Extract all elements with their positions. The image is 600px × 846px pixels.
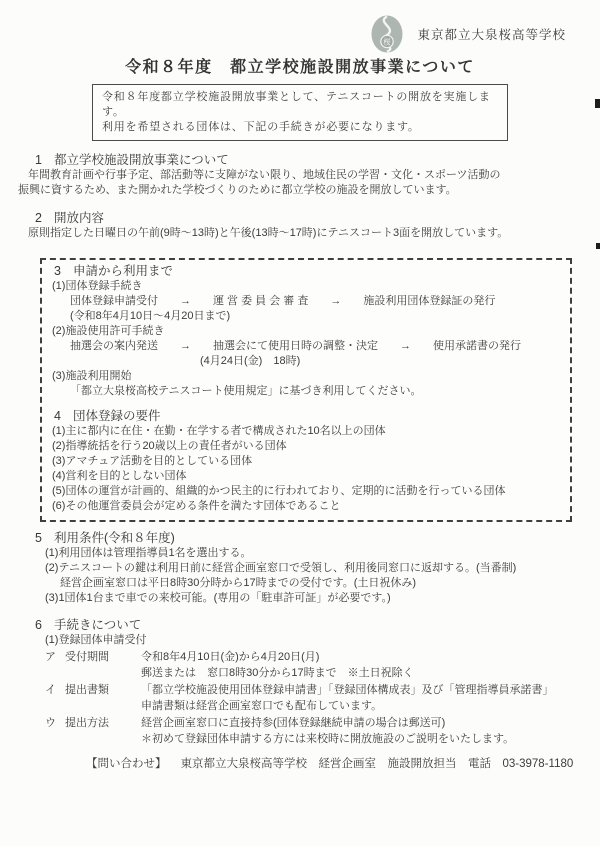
section-3-heading: 3申請から利用まで xyxy=(50,263,562,279)
section-6-sub-heading: (1)登録団体申請受付 xyxy=(0,633,600,648)
procedure-row-documents: イ 提出書類 「都立学校施設使用団体登録申請書」「登録団体構成表」及び「管理指導… xyxy=(0,683,600,714)
section-3-flow-1-note: (令和8年4月10日～4月20日まで) xyxy=(50,309,562,324)
row-kana: イ xyxy=(45,683,65,714)
section-3-flow-2: 抽選会の案内発送 → 抽選会にて使用日時の調整・決定 → 使用承諾書の発行 xyxy=(50,339,562,354)
section-4-item: (2)指導統括を行う20歳以上の責任者がいる団体 xyxy=(50,439,562,454)
document-header: 桜 東京都立大泉桜高等学校 xyxy=(367,13,566,55)
section-5-conditions: 5利用条件(令和８年度) (1)利用団体は管理指導員1名を選出する。 (2)テニ… xyxy=(0,530,600,606)
intro-line-1: 令和８年度都立学校施設開放事業として、テニスコートの開放を実施します。 xyxy=(102,90,498,120)
section-5-item-1: (1)利用団体は管理指導員1名を選出する。 xyxy=(0,546,600,561)
section-1-body-line-1: 年間教育計画や行事予定、部活動等に支障がない限り、地域住民の学習・文化・スポーツ… xyxy=(0,168,600,183)
contact-text: 東京都立大泉桜高等学校 経営企画室 施設開放担当 電話 03-3978-1180 xyxy=(181,756,574,772)
section-2-body-line-1: 原則指定した日曜日の午前(9時～13時)と午後(13時～17時)にテニスコート3… xyxy=(0,226,600,241)
procedure-row-reception-period: ア 受付期間 令和8年4月10日(金)から4月20日(月)郵送または 窓口8時3… xyxy=(0,650,600,681)
row-label: 提出方法 xyxy=(65,716,141,747)
section-3-flow-1: 団体登録申請受付 → 運 営 委 員 会 審 査 → 施設利用団体登録証の発行 xyxy=(50,294,562,309)
section-2-heading: 2開放内容 xyxy=(0,210,600,226)
section-5-item-2: (2)テニスコートの鍵は利用日前に経営企画室窓口で受領し、利用後同窓口に返却する… xyxy=(0,561,600,576)
row-content: 令和8年4月10日(金)から4月20日(月)郵送または 窓口8時30分から17時… xyxy=(141,650,600,681)
row-content: 経営企画室窓口に直接持参(団体登録継続申請の場合は郵送可)＊初めて登録団体申請す… xyxy=(141,716,600,747)
section-4-item: (1)主に都内に在住・在勤・在学する者で構成された10名以上の団体 xyxy=(50,424,562,439)
box-spacer xyxy=(50,399,562,408)
section-1-about: 1都立学校施設開放事業について 年間教育計画や行事予定、部活動等に支障がない限り… xyxy=(0,152,600,198)
section-4-heading: 4団体登録の要件 xyxy=(50,408,562,424)
row-label: 提出書類 xyxy=(65,683,141,714)
section-4-item: (4)営利を目的としない団体 xyxy=(50,469,562,484)
section-5-item-3: (3)1団体1台まで車での来校可能。(専用の「駐車許可証」が必要です。) xyxy=(0,591,600,606)
svg-text:桜: 桜 xyxy=(384,37,392,47)
section-3-item-3-body: 「都立大泉桜高校テニスコート使用規定」に基づき利用してください。 xyxy=(50,384,562,399)
row-content: 「都立学校施設使用団体登録申請書」「登録団体構成表」及び「管理指導員承諾書」申請… xyxy=(141,683,600,714)
row-kana: ア xyxy=(45,650,65,681)
page-title: 令和８年度 都立学校施設開放事業について xyxy=(0,54,600,77)
section-6-heading: 6手続きについて xyxy=(0,617,600,633)
section-3-flow-2-note: (4月24日(金) 18時) xyxy=(50,354,562,369)
section-5-item-2-cont: 経営企画室窓口は平日8時30分時から17時までの受付です。(土日祝休み) xyxy=(0,576,600,591)
contact-label: 【問い合わせ】 xyxy=(86,756,167,772)
dashed-highlight-box: 3申請から利用まで (1)団体登録手続き 団体登録申請受付 → 運 営 委 員 … xyxy=(40,258,572,522)
section-1-heading: 1都立学校施設開放事業について xyxy=(0,152,600,168)
scan-artifact xyxy=(595,99,600,108)
section-2-contents: 2開放内容 原則指定した日曜日の午前(9時～13時)と午後(13時～17時)にテ… xyxy=(0,210,600,241)
school-crest-icon: 桜 xyxy=(367,13,407,55)
section-1-body-line-2: 振興に資するため、また開かれた学校づくりのために都立学校の施設を開放しています。 xyxy=(0,183,600,198)
section-5-heading: 5利用条件(令和８年度) xyxy=(0,530,600,546)
row-kana: ウ xyxy=(45,716,65,747)
contact-line: 【問い合わせ】 東京都立大泉桜高等学校 経営企画室 施設開放担当 電話 03-3… xyxy=(0,756,600,772)
school-name: 東京都立大泉桜高等学校 xyxy=(417,25,566,43)
section-3-item-2: (2)施設使用許可手続き xyxy=(50,324,562,339)
section-6-procedures: 6手続きについて (1)登録団体申請受付 ア 受付期間 令和8年4月10日(金)… xyxy=(0,617,600,747)
section-4-item: (5)団体の運営が計画的、組織的かつ民主的に行われており、定期的に活動を行ってい… xyxy=(50,484,562,499)
scan-artifact xyxy=(596,243,600,249)
procedure-row-submission: ウ 提出方法 経営企画室窓口に直接持参(団体登録継続申請の場合は郵送可)＊初めて… xyxy=(0,716,600,747)
intro-notice-box: 令和８年度都立学校施設開放事業として、テニスコートの開放を実施します。 利用を希… xyxy=(92,84,508,141)
section-4-item: (6)その他運営委員会が定める条件を満たす団体であること xyxy=(50,499,562,514)
scanned-document-page: 桜 東京都立大泉桜高等学校 令和８年度 都立学校施設開放事業について 令和８年度… xyxy=(0,0,600,846)
section-4-item: (3)アマチュア活動を目的としている団体 xyxy=(50,454,562,469)
section-3-item-3: (3)施設利用開始 xyxy=(50,369,562,384)
section-3-item-1: (1)団体登録手続き xyxy=(50,279,562,294)
row-label: 受付期間 xyxy=(65,650,141,681)
intro-line-2: 利用を希望される団体は、下記の手続きが必要になります。 xyxy=(102,120,498,135)
